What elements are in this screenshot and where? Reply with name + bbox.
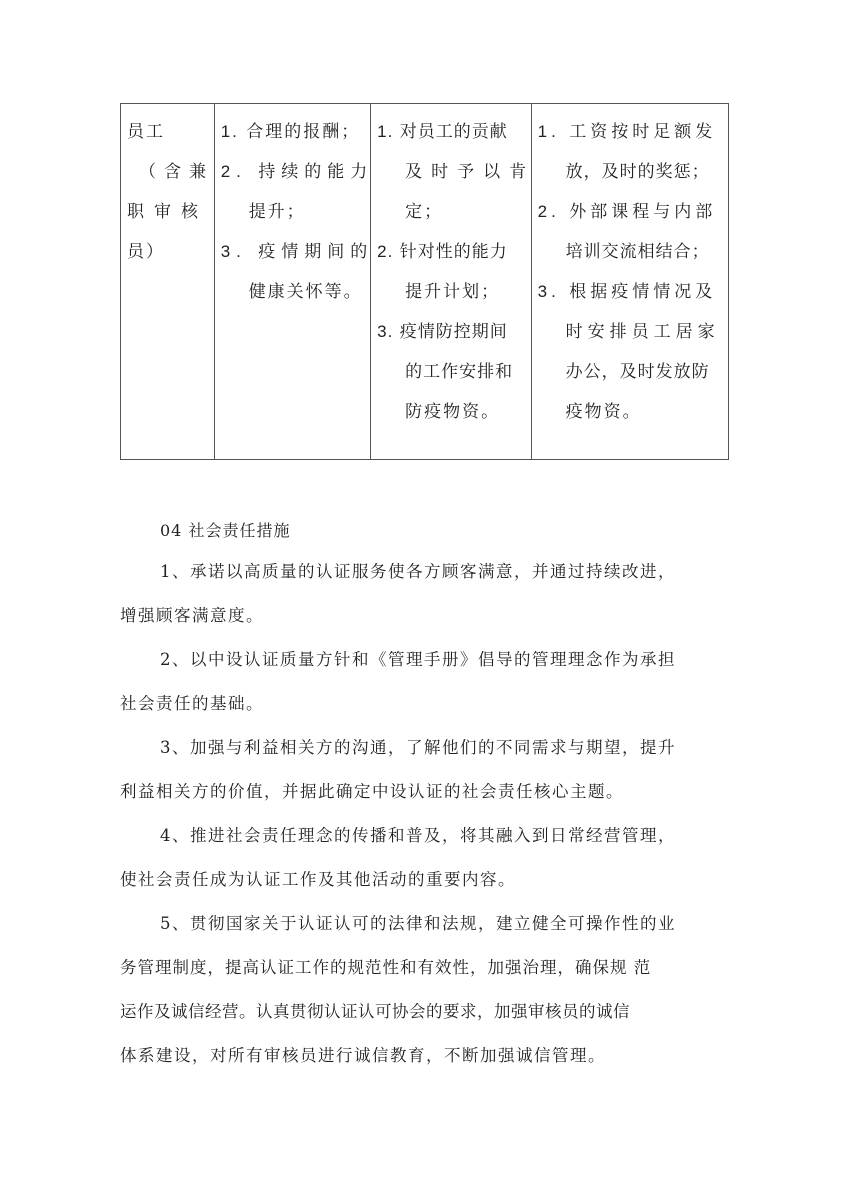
paragraph-line: 2、以中设认证质量方针和《管理手册》倡导的管理理念作为承担 [160, 650, 676, 670]
paragraph-line: 体系建设，对所有审核员进行诚信教育，不断加强诚信管理。 [120, 1046, 606, 1066]
list-item: 1. 工资按时足额发 [538, 122, 717, 142]
list-item: 3. 疫情期间的 [221, 242, 374, 262]
list-item-continued: 及时予以肯 [405, 162, 535, 182]
list-item-continued: 放，及时的奖惩； [566, 162, 710, 182]
paragraph-line: 利益相关方的价值，并据此确定中设认证的社会责任核心主题。 [120, 782, 624, 802]
paragraph-line: 5、贯彻国家关于认证认可的法律和法规，建立健全可操作性的业 [160, 914, 676, 934]
paragraph-line: 增强顾客满意度。 [120, 606, 264, 626]
paragraph-line: 4、推进社会责任理念的传播和普及，将其融入到日常经营管理， [160, 826, 676, 846]
list-item-continued: 培训交流相结合； [566, 242, 710, 262]
list-item-continued: 提升计划； [405, 282, 500, 302]
paragraph-line: 1、承诺以高质量的认证服务使各方顾客满意，并通过持续改进， [160, 562, 676, 582]
list-item-continued: 办公，及时发放防 [566, 362, 710, 382]
list-item-continued: 时安排员工居家 [566, 322, 720, 342]
stakeholder-table: 员工 （含兼 职审核 员） 1. 合理的报酬； 2. 持续的能力 提升； 3. … [120, 103, 729, 460]
list-item-continued: 的工作安排和 [405, 362, 513, 382]
row-label-line: 职审核 [127, 202, 208, 222]
list-item: 1. 对员工的贡献 [377, 122, 508, 142]
list-item: 1. 合理的报酬； [221, 122, 361, 142]
row-label-line: 员） [127, 242, 165, 262]
paragraph-line: 务管理制度，提高认证工作的规范性和有效性，加强治理，确保规 范 [120, 958, 651, 978]
paragraph-line: 运作及诚信经营。认真贯彻认证认可协会的要求，加强审核员的诚信 [120, 1002, 630, 1022]
row-label-cell: 员工 （含兼 职审核 员） [121, 104, 215, 459]
row-label-line: 员工 [127, 122, 165, 142]
list-item: 2. 针对性的能力 [377, 242, 508, 262]
concerns-cell: 1. 对员工的贡献 及时予以肯 定； 2. 针对性的能力 提升计划； 3. 疫情… [371, 104, 531, 459]
list-item: 2. 持续的能力 [221, 162, 374, 182]
list-item: 2. 外部课程与内部 [538, 202, 717, 222]
paragraph-line: 3、加强与利益相关方的沟通，了解他们的不同需求与期望，提升 [160, 738, 676, 758]
expectations-cell: 1. 合理的报酬； 2. 持续的能力 提升； 3. 疫情期间的 健康关怀等。 [215, 104, 371, 459]
paragraph-line: 社会责任的基础。 [120, 694, 264, 714]
paragraph-line: 使社会责任成为认证工作及其他活动的重要内容。 [120, 870, 516, 890]
row-label-line: （含兼 [139, 162, 214, 182]
section-heading: 04 社会责任措施 [160, 518, 290, 541]
measures-cell: 1. 工资按时足额发 放，及时的奖惩； 2. 外部课程与内部 培训交流相结合； … [532, 104, 728, 459]
list-item: 3. 疫情防控期间 [377, 322, 508, 342]
list-item-continued: 防疫物资。 [405, 402, 500, 422]
list-item-continued: 提升； [249, 202, 306, 222]
list-item: 3. 根据疫情情况及 [538, 282, 717, 302]
list-item-continued: 疫物资。 [566, 402, 642, 422]
list-item-continued: 定； [405, 202, 443, 222]
list-item-continued: 健康关怀等。 [249, 282, 363, 302]
